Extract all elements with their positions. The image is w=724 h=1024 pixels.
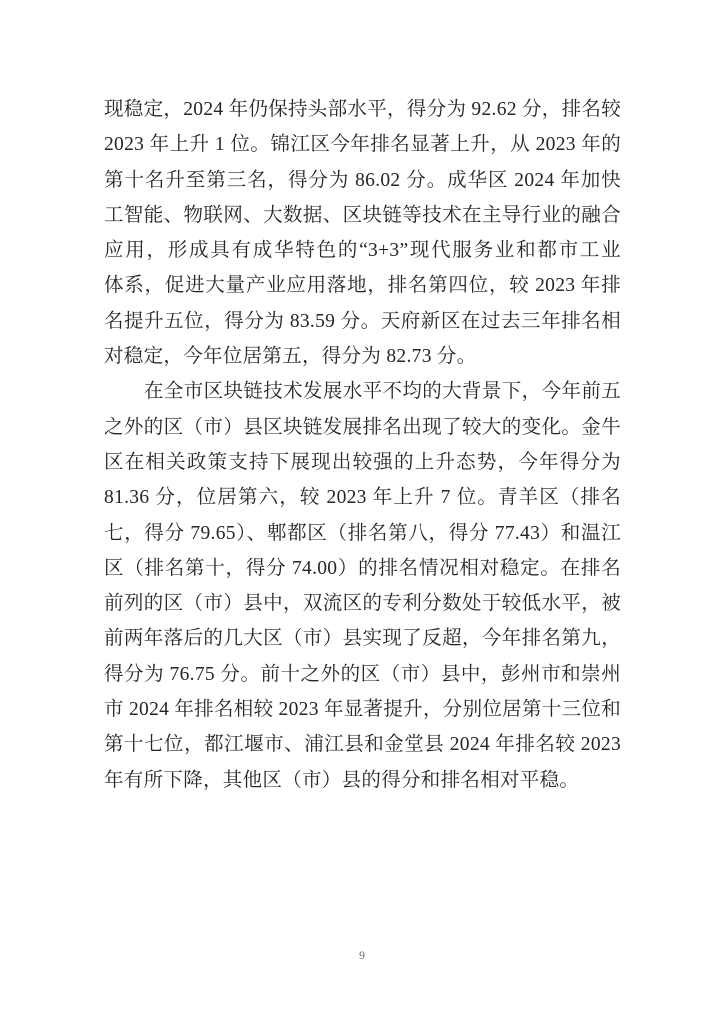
- text-line: 现稳定，2024 年仍保持头部水平，得分为 92.62 分，排名较: [104, 92, 621, 127]
- text-line: 对稳定，今年位居第五，得分为 82.73 分。: [104, 339, 621, 374]
- paragraph: 在全市区块链技术发展水平不均的大背景下，今年前五之外的区（市）县区块链发展排名出…: [104, 374, 621, 798]
- text-line: 前列的区（市）县中，双流区的专利分数处于较低水平，被: [104, 586, 621, 621]
- text-line: 七，得分 79.65）、郫都区（排名第八，得分 77.43）和温江: [104, 516, 621, 551]
- text-line: 第十名升至第三名，得分为 86.02 分。成华区 2024 年加快人: [104, 163, 621, 198]
- text-line: 区（排名第十，得分 74.00）的排名情况相对稳定。在排名: [104, 551, 621, 586]
- text-line: 市 2024 年排名相较 2023 年显著提升，分别位居第十三位和: [104, 692, 621, 727]
- text-line: 81.36 分，位居第六，较 2023 年上升 7 位。青羊区（排名第: [104, 480, 621, 515]
- text-line: 2023 年上升 1 位。锦江区今年排名显著上升，从 2023 年的: [104, 127, 621, 162]
- text-line: 得分为 76.75 分。前十之外的区（市）县中，彭州市和崇州: [104, 657, 621, 692]
- document-page: 现稳定，2024 年仍保持头部水平，得分为 92.62 分，排名较2023 年上…: [0, 0, 724, 1024]
- text-line: 区在相关政策支持下展现出较强的上升态势，今年得分为: [104, 445, 621, 480]
- paragraph: 现稳定，2024 年仍保持头部水平，得分为 92.62 分，排名较2023 年上…: [104, 92, 621, 374]
- text-line: 应用，形成具有成华特色的“3+3”现代服务业和都市工业: [104, 233, 621, 268]
- text-line: 第十七位，都江堰市、浦江县和金堂县 2024 年排名较 2023: [104, 727, 621, 762]
- document-body: 现稳定，2024 年仍保持头部水平，得分为 92.62 分，排名较2023 年上…: [104, 92, 621, 798]
- text-line: 在全市区块链技术发展水平不均的大背景下，今年前五: [104, 374, 621, 409]
- text-line: 名提升五位，得分为 83.59 分。天府新区在过去三年排名相: [104, 304, 621, 339]
- text-line: 工智能、物联网、大数据、区块链等技术在主导行业的融合: [104, 198, 621, 233]
- text-line: 前两年落后的几大区（市）县实现了反超，今年排名第九，: [104, 621, 621, 656]
- text-line: 年有所下降，其他区（市）县的得分和排名相对平稳。: [104, 763, 621, 798]
- page-number: 9: [359, 950, 365, 962]
- text-line: 之外的区（市）县区块链发展排名出现了较大的变化。金牛: [104, 410, 621, 445]
- page-footer: 9: [0, 946, 724, 964]
- text-line: 体系，促进大量产业应用落地，排名第四位，较 2023 年排: [104, 268, 621, 303]
